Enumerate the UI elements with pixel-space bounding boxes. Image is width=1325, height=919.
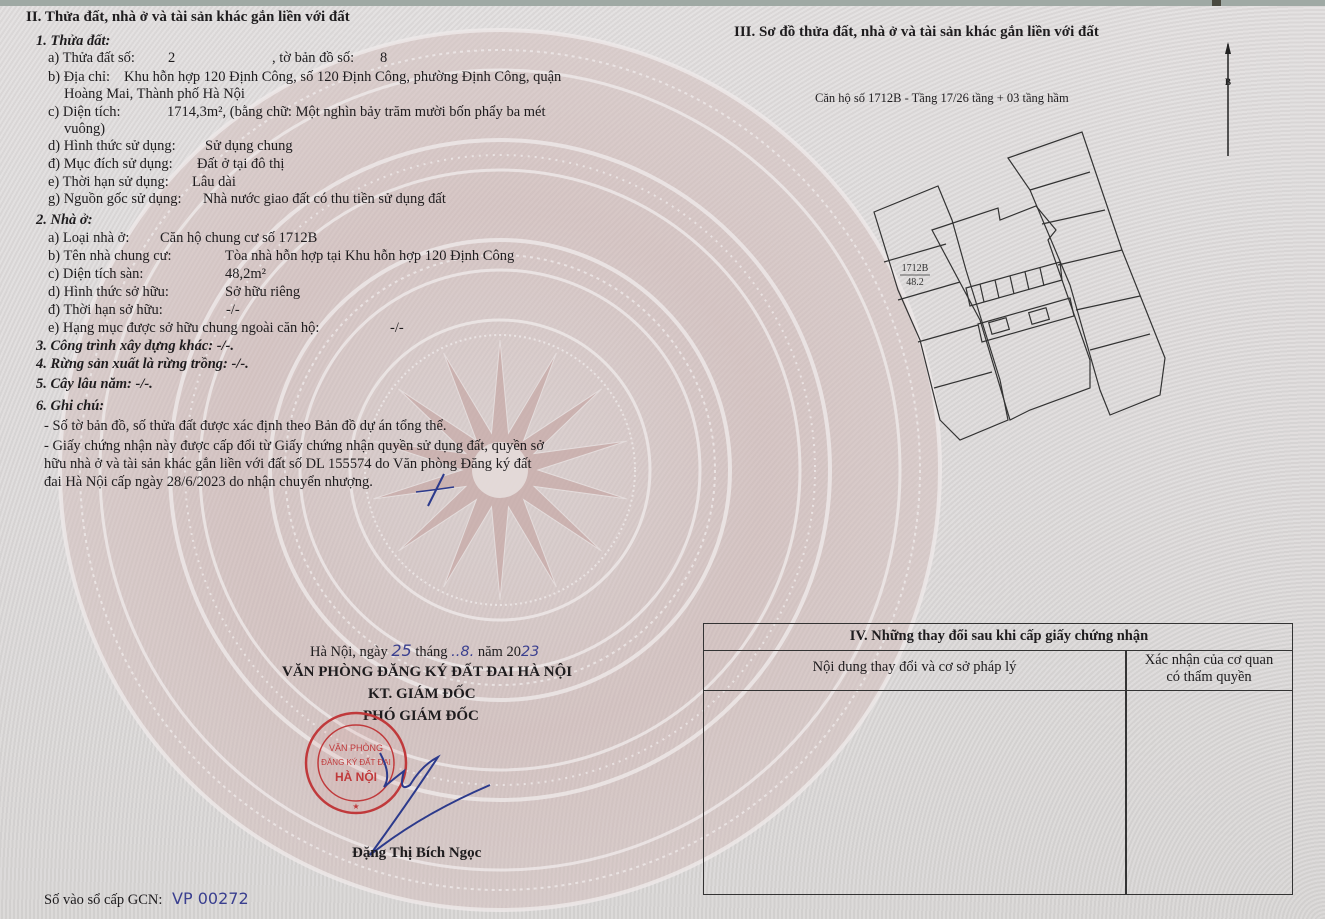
signer-name: Đặng Thị Bích Ngọc xyxy=(352,845,481,862)
plan-caption: Căn hộ số 1712B - Tầng 17/26 tầng + 03 t… xyxy=(815,90,1069,107)
svg-text:1712B: 1712B xyxy=(902,263,929,274)
month-label: tháng xyxy=(415,644,447,660)
date-year-suffix: 23 xyxy=(521,644,539,660)
section2-title: II. Thửa đất, nhà ở và tài sản khác gắn … xyxy=(26,9,350,26)
change-content-cell xyxy=(704,692,1124,892)
handwritten-check-mark xyxy=(410,470,460,510)
building-name-value: Tòa nhà hỗn hợp tại Khu hỗn hợp 120 Định… xyxy=(225,248,514,265)
changes-table-header-row: Nội dung thay đổi và cơ sở pháp lý Xác n… xyxy=(704,650,1292,691)
authority-confirmation-cell xyxy=(1127,692,1292,892)
address-line2: Hoàng Mai, Thành phố Hà Nội xyxy=(64,86,245,103)
ownership-form-label: d) Hình thức sở hữu: xyxy=(48,284,169,301)
column-authority-line2: có thẩm quyền xyxy=(1125,669,1293,686)
item5-perennial: 5. Cây lâu năm: -/-. xyxy=(36,376,153,393)
use-form-value: Sử dụng chung xyxy=(205,138,293,155)
use-term-value: Lâu dài xyxy=(192,174,236,191)
land-parcel-value: 2 xyxy=(168,50,175,67)
floor-area-value: 48,2m² xyxy=(225,266,266,283)
svg-text:B: B xyxy=(1225,77,1231,87)
ownership-term-label: đ) Thời hạn sở hữu: xyxy=(48,302,163,319)
area-label: c) Diện tích: xyxy=(48,104,120,121)
date-prefix: Hà Nội, ngày xyxy=(310,644,388,660)
section4-title: IV. Những thay đổi sau khi cấp giấy chứn… xyxy=(704,628,1294,645)
land-parcel-label: a) Thửa đất số: xyxy=(48,50,135,67)
date-day: 25 xyxy=(391,641,411,660)
floor-plan-diagram: 1712B 48.2 xyxy=(860,120,1190,450)
office-name: VĂN PHÒNG ĐĂNG KÝ ĐẤT ĐAI HÀ NỘI xyxy=(282,664,572,681)
item4-forest: 4. Rừng sản xuất là rừng trồng: -/-. xyxy=(36,356,249,373)
registry-number-row: Số vào sổ cấp GCN: VP 00272 xyxy=(44,890,249,909)
house-type-label: a) Loại nhà ở: xyxy=(48,230,129,247)
use-form-label: d) Hình thức sử dụng: xyxy=(48,138,176,155)
north-arrow-icon: B xyxy=(1218,40,1238,160)
use-purpose-label: đ) Mục đích sử dụng: xyxy=(48,156,173,173)
column-authority-line1: Xác nhận của cơ quan xyxy=(1125,652,1293,669)
section3-title: III. Sơ đồ thửa đất, nhà ở và tài sản kh… xyxy=(734,24,1099,41)
use-origin-label: g) Nguồn gốc sử dụng: xyxy=(48,191,182,208)
map-sheet-value: 8 xyxy=(380,50,387,67)
changes-table: IV. Những thay đổi sau khi cấp giấy chứn… xyxy=(703,623,1293,895)
item3-other-works: 3. Công trình xây dựng khác: -/-. xyxy=(36,338,234,355)
floor-area-label: c) Diện tích sàn: xyxy=(48,266,143,283)
house-heading: 2. Nhà ở: xyxy=(36,212,93,229)
common-items-label: e) Hạng mục được sở hữu chung ngoài căn … xyxy=(48,320,319,337)
land-heading: 1. Thửa đất: xyxy=(36,33,110,50)
year-label: năm 20 xyxy=(478,644,521,660)
registry-label: Số vào sổ cấp GCN: xyxy=(44,892,162,908)
note-line2: - Giấy chứng nhận này được cấp đổi từ Gi… xyxy=(44,438,544,455)
use-term-label: e) Thời hạn sử dụng: xyxy=(48,174,169,191)
common-items-value: -/- xyxy=(390,320,404,337)
ownership-form-value: Sở hữu riêng xyxy=(225,284,300,301)
building-name-label: b) Tên nhà chung cư: xyxy=(48,248,172,265)
note-line1: - Số tờ bản đồ, số thửa đất được xác địn… xyxy=(44,418,447,435)
area-line2: vuông) xyxy=(64,121,105,138)
ownership-term-value: -/- xyxy=(226,302,240,319)
registry-value: VP 00272 xyxy=(172,889,249,908)
address-line1: Khu hỗn hợp 120 Định Công, số 120 Định C… xyxy=(124,69,561,86)
address-label: b) Địa chỉ: xyxy=(48,69,110,86)
svg-text:48.2: 48.2 xyxy=(906,277,924,288)
use-origin-value: Nhà nước giao đất có thu tiền sử dụng đấ… xyxy=(203,191,446,208)
signer-role1: KT. GIÁM ĐỐC xyxy=(368,686,476,703)
date-month: ..8. xyxy=(451,644,474,660)
changes-table-title-row: IV. Những thay đổi sau khi cấp giấy chứn… xyxy=(704,624,1292,651)
map-sheet-label: , tờ bản đồ số: xyxy=(272,50,354,67)
column-change-content: Nội dung thay đổi và cơ sở pháp lý xyxy=(704,659,1125,676)
use-purpose-value: Đất ở tại đô thị xyxy=(197,156,284,173)
area-line1: 1714,3m², (bằng chữ: Một nghìn bảy trăm … xyxy=(167,104,546,121)
notes-heading: 6. Ghi chú: xyxy=(36,398,104,415)
issue-date-line: Hà Nội, ngày 25 tháng ..8. năm 2023 xyxy=(310,642,539,661)
house-type-value: Căn hộ chung cư số 1712B xyxy=(160,230,317,247)
note-line4: đai Hà Nội cấp ngày 28/6/2023 do nhận ch… xyxy=(44,474,373,491)
